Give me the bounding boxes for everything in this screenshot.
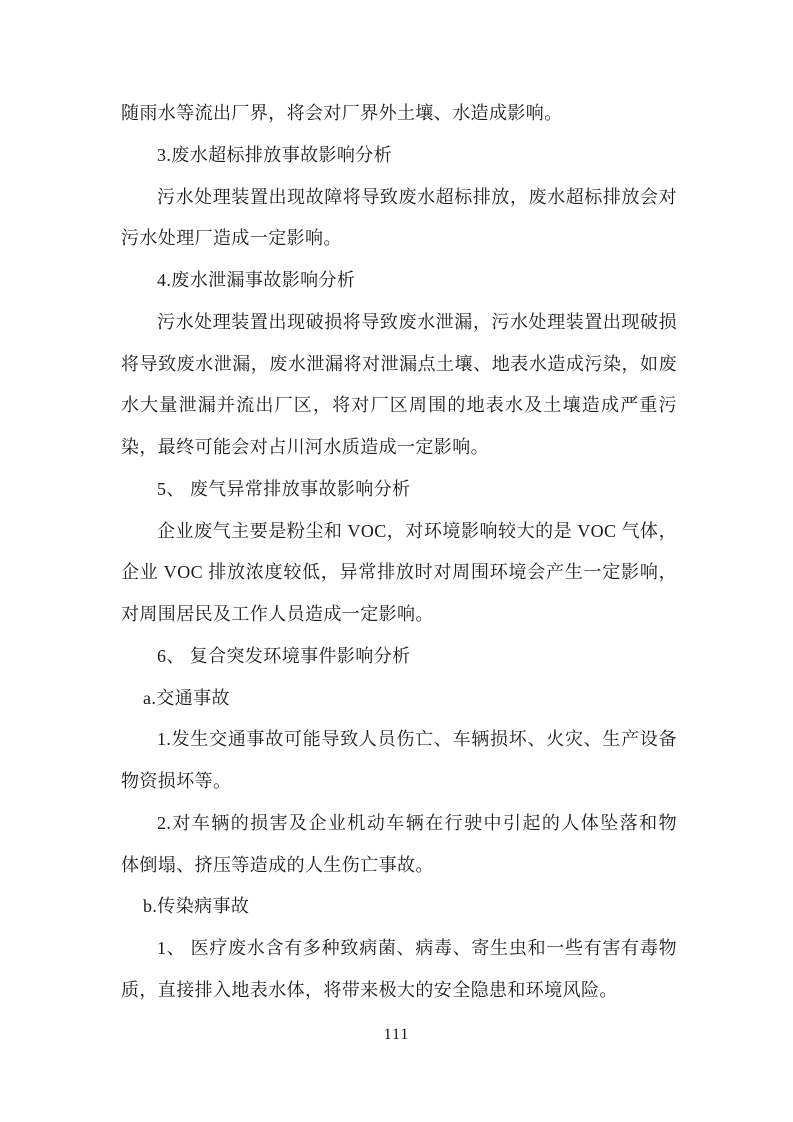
document-page: 随雨水等流出厂界，将会对厂界外土壤、水造成影响。3.废水超标排放事故影响分析污水…	[0, 0, 793, 1122]
text-line: 水大量泄漏并流出厂区，将对厂区周围的地表水及土壤造成严重污	[121, 385, 677, 427]
text-line: a.交通事故	[121, 678, 677, 720]
text-line: 将导致废水泄漏，废水泄漏将对泄漏点土壤、地表水造成污染，如废	[121, 344, 677, 386]
text-line: 对周围居民及工作人员造成一定影响。	[121, 594, 677, 636]
text-line: 污水处理装置出现故障将导致废水超标排放，废水超标排放会对	[121, 177, 677, 219]
text-line: 2.对车辆的损害及企业机动车辆在行驶中引起的人体坠落和物	[121, 803, 677, 845]
page-number: 111	[0, 1023, 793, 1047]
text-line: 质，直接排入地表水体，将带来极大的安全隐患和环境风险。	[121, 970, 677, 1012]
text-line: b.传染病事故	[121, 886, 677, 928]
text-line: 污水处理厂造成一定影响。	[121, 218, 677, 260]
text-line: 5、 废气异常排放事故影响分析	[121, 469, 677, 511]
text-line: 污水处理装置出现破损将导致废水泄漏，污水处理装置出现破损	[121, 302, 677, 344]
text-line: 1.发生交通事故可能导致人员伤亡、车辆损坏、火灾、生产设备	[121, 719, 677, 761]
text-body: 随雨水等流出厂界，将会对厂界外土壤、水造成影响。3.废水超标排放事故影响分析污水…	[121, 93, 677, 1012]
text-line: 1、 医疗废水含有多种致病菌、病毒、寄生虫和一些有害有毒物	[121, 928, 677, 970]
text-line: 3.废水超标排放事故影响分析	[121, 135, 677, 177]
text-line: 染，最终可能会对占川河水质造成一定影响。	[121, 427, 677, 469]
text-line: 企业 VOC 排放浓度较低，异常排放时对周围环境会产生一定影响，	[121, 552, 677, 594]
text-line: 随雨水等流出厂界，将会对厂界外土壤、水造成影响。	[121, 93, 677, 135]
text-line: 物资损坏等。	[121, 761, 677, 803]
text-line: 企业废气主要是粉尘和 VOC，对环境影响较大的是 VOC 气体，	[121, 511, 677, 553]
text-line: 4.废水泄漏事故影响分析	[121, 260, 677, 302]
text-line: 体倒塌、挤压等造成的人生伤亡事故。	[121, 845, 677, 887]
text-line: 6、 复合突发环境事件影响分析	[121, 636, 677, 678]
